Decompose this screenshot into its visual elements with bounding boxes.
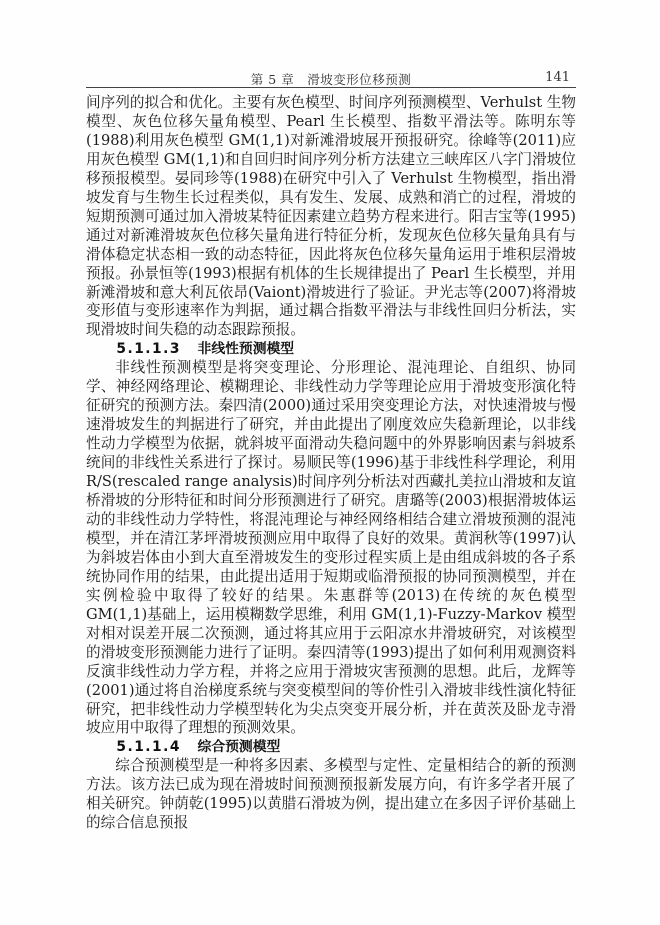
section-heading-5-1-1-3: 5.1.1.3非线性预测模型 [86,340,576,359]
section-title: 综合预测模型 [198,739,281,755]
paragraph-comprehensive-models: 综合预测模型是一种将多因素、多模型与定性、定量相结合的新的预测方法。该方法已成为… [86,757,576,833]
chapter-title: 第 5 章 滑坡变形位移预测 [86,70,576,88]
section-title: 非线性预测模型 [198,341,295,357]
section-number: 5.1.1.4 [116,739,181,755]
section-heading-5-1-1-4: 5.1.1.4综合预测模型 [86,738,576,757]
running-head: 第 5 章 滑坡变形位移预测 141 [86,70,576,87]
header-rule [86,87,576,88]
body-text: 间序列的拟合和优化。主要有灰色模型、时间序列预测模型、Verhulst 生物模型… [86,94,576,833]
section-number: 5.1.1.3 [116,341,181,357]
page-number: 141 [545,70,570,85]
book-page: 第 5 章 滑坡变形位移预测 141 间序列的拟合和优化。主要有灰色模型、时间序… [0,0,660,925]
paragraph-model-overview: 间序列的拟合和优化。主要有灰色模型、时间序列预测模型、Verhulst 生物模型… [86,94,576,340]
paragraph-nonlinear-models: 非线性预测模型是将突变理论、分形理论、混沌理论、自组织、协同学、神经网络理论、模… [86,359,576,738]
